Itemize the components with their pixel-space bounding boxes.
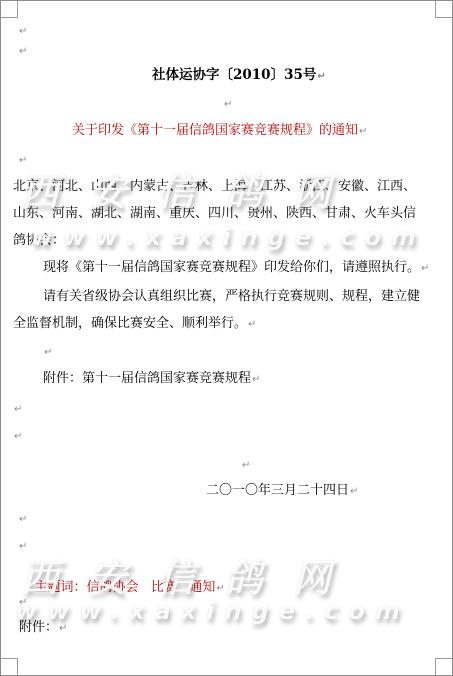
body-paragraph[interactable]: 请有关省级协会认真组织比赛，严格执行竞赛规则、规程，建立健 xyxy=(43,289,420,305)
paragraph-mark-icon: ↵ xyxy=(19,541,27,552)
empty-paragraph[interactable]: ↵ xyxy=(13,401,22,418)
body-paragraph[interactable]: 现将《第十一届信鸽国家赛竞赛规程》印发给你们，请遵照执行。↵ xyxy=(43,260,429,277)
recipients-line[interactable]: 山东、河南、湖北、湖南、重庆、四川、贵州、陕西、甘肃、火车头信 xyxy=(13,206,416,222)
paragraph-mark-icon: ↵ xyxy=(248,319,256,330)
paragraph-mark-icon: ↵ xyxy=(19,46,27,57)
paragraph-mark-icon: ↵ xyxy=(359,126,367,137)
empty-paragraph[interactable]: ↵ xyxy=(18,511,27,528)
empty-paragraph[interactable]: ↵ xyxy=(18,538,27,555)
paragraph-mark-icon: ↵ xyxy=(19,514,27,525)
empty-paragraph[interactable]: ↵ xyxy=(18,594,27,611)
corner-mark-bottom-right xyxy=(435,658,452,675)
empty-paragraph[interactable]: ↵ xyxy=(223,96,232,113)
paragraph-mark-icon: ↵ xyxy=(350,486,358,497)
paragraph-mark-icon: ↵ xyxy=(224,99,232,110)
body-paragraph-continued[interactable]: 全监督机制，确保比赛安全、顺利举行。↵ xyxy=(13,316,256,333)
empty-paragraph[interactable]: ↵ xyxy=(18,152,27,169)
paragraph-mark-icon: ↵ xyxy=(44,347,52,358)
document-page[interactable]: ↵ ↵ 社体运协字〔2010〕35号↵ ↵ 关于印发《第十一届信鸽国家赛竞赛规程… xyxy=(0,0,453,676)
corner-mark-bottom-left xyxy=(1,658,18,675)
paragraph-mark-icon: ↵ xyxy=(59,623,67,634)
paragraph-mark-icon: ↵ xyxy=(242,460,250,471)
empty-paragraph[interactable]: ↵ xyxy=(18,43,27,60)
paragraph-mark-icon: ↵ xyxy=(19,155,27,166)
paragraph-mark-icon: ↵ xyxy=(19,597,27,608)
corner-mark-top-right xyxy=(435,1,452,18)
paragraph-mark-icon: ↵ xyxy=(14,431,22,442)
paragraph-mark-icon: ↵ xyxy=(216,583,224,594)
document-number[interactable]: 社体运协字〔2010〕35号↵ xyxy=(152,67,326,85)
paragraph-mark-icon: ↵ xyxy=(66,236,74,247)
document-title[interactable]: 关于印发《第十一届信鸽国家赛竞赛规程》的通知↵ xyxy=(72,123,367,140)
watermark-site-url: www.xaxinge.com xyxy=(31,223,426,251)
paragraph-mark-icon: ↵ xyxy=(252,374,260,385)
paragraph-mark-icon: ↵ xyxy=(421,263,429,274)
empty-paragraph[interactable]: ↵ xyxy=(18,23,27,40)
paragraph-mark-icon: ↵ xyxy=(19,26,27,37)
paragraph-mark-icon: ↵ xyxy=(14,404,22,415)
empty-paragraph[interactable]: ↵ xyxy=(43,344,52,361)
attachment-footer[interactable]: 附件：↵ xyxy=(19,620,67,637)
recipients-line[interactable]: 北京、河北、山西、内蒙古、吉林、上海、江苏、浙江、安徽、江西、 xyxy=(13,179,416,195)
empty-paragraph[interactable]: ↵ xyxy=(241,457,250,474)
document-date[interactable]: 二〇一〇年三月二十四日↵ xyxy=(206,483,358,500)
corner-mark-top-left xyxy=(1,1,18,18)
recipients-line[interactable]: 鸽协会：↵ xyxy=(13,233,74,250)
empty-paragraph[interactable]: ↵ xyxy=(13,428,22,445)
attachment-line[interactable]: 附件：第十一届信鸽国家赛竞赛规程↵ xyxy=(43,371,260,388)
paragraph-mark-icon: ↵ xyxy=(317,71,325,82)
subject-keywords[interactable]: 主题词：信鸽协会 比赛 通知↵ xyxy=(18,564,225,613)
